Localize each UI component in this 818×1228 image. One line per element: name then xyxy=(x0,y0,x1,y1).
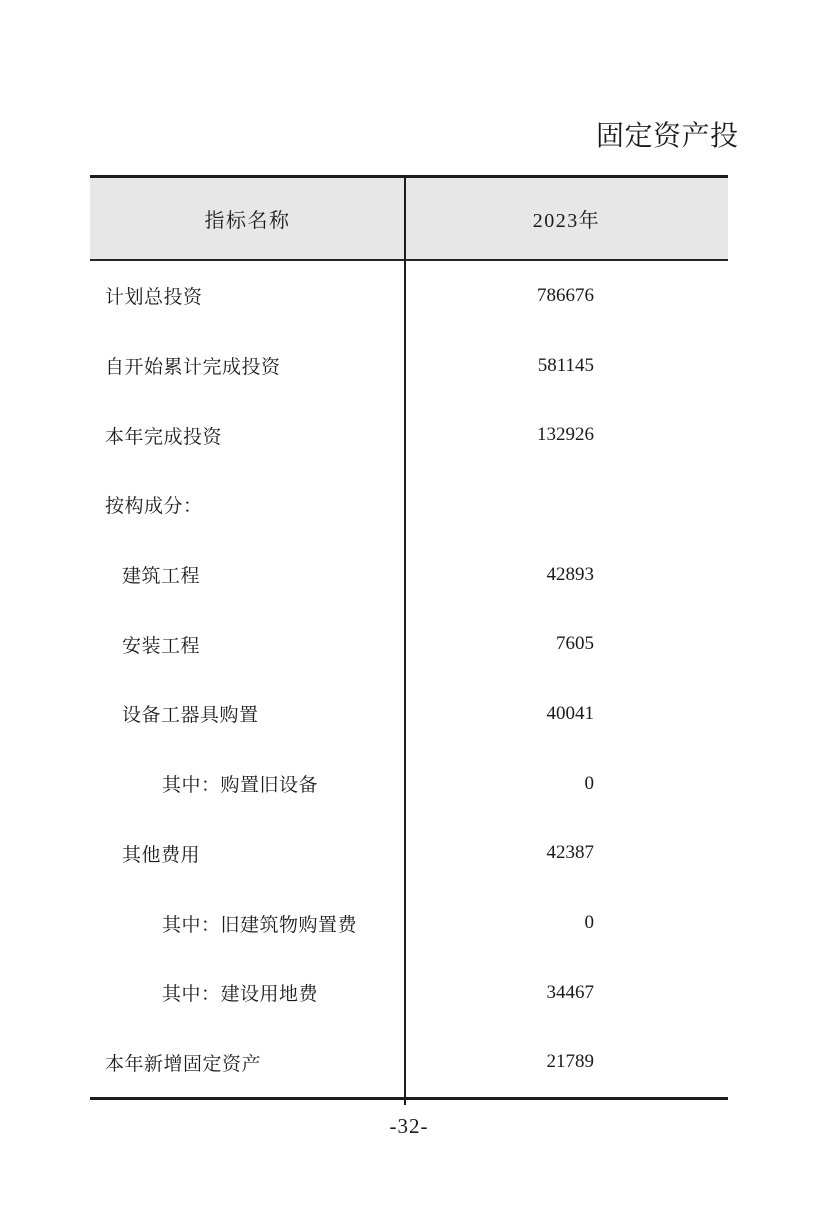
indicator-value: 581145 xyxy=(405,355,728,377)
indicator-label: 本年完成投资 xyxy=(90,422,405,449)
table-row: 设备工器具购置 40041 xyxy=(90,679,728,749)
indicator-label: 自开始累计完成投资 xyxy=(90,352,405,379)
table-row: 本年完成投资 132926 xyxy=(90,400,728,470)
table-header-row: 指标名称 2023年 xyxy=(90,178,728,261)
indicator-value: 7605 xyxy=(405,633,728,655)
indicator-value: 21789 xyxy=(405,1051,728,1073)
page-title: 固定资产投 xyxy=(596,114,739,154)
indicator-value: 34467 xyxy=(405,982,728,1004)
column-header-indicator-name: 指标名称 xyxy=(90,178,405,259)
indicator-label: 按构成分： xyxy=(90,491,405,518)
column-divider-line xyxy=(404,175,406,1105)
fixed-asset-investment-table: 指标名称 2023年 计划总投资 786676 自开始累计完成投资 581145… xyxy=(90,175,728,1100)
table-row: 按构成分： xyxy=(90,470,728,540)
indicator-value: 42893 xyxy=(405,564,728,586)
indicator-value: 42387 xyxy=(405,842,728,864)
table-row: 其中：旧建筑物购置费 0 xyxy=(90,888,728,958)
indicator-label: 本年新增固定资产 xyxy=(90,1049,405,1076)
column-header-year-2023: 2023年 xyxy=(405,178,728,259)
table-row: 本年新增固定资产 21789 xyxy=(90,1028,728,1098)
page-number: -32- xyxy=(0,1114,818,1139)
indicator-label: 其他费用 xyxy=(90,840,405,867)
table-row: 自开始累计完成投资 581145 xyxy=(90,331,728,401)
indicator-value: 132926 xyxy=(405,424,728,446)
table-row: 安装工程 7605 xyxy=(90,609,728,679)
indicator-value: 0 xyxy=(405,773,728,795)
indicator-value: 786676 xyxy=(405,285,728,307)
indicator-value: 40041 xyxy=(405,703,728,725)
indicator-label: 其中：购置旧设备 xyxy=(90,770,405,797)
table-row: 计划总投资 786676 xyxy=(90,261,728,331)
indicator-value: 0 xyxy=(405,912,728,934)
indicator-label: 设备工器具购置 xyxy=(90,700,405,727)
table-row: 其中：建设用地费 34467 xyxy=(90,958,728,1028)
indicator-label: 其中：旧建筑物购置费 xyxy=(90,910,405,937)
table-row: 建筑工程 42893 xyxy=(90,540,728,610)
indicator-label: 安装工程 xyxy=(90,631,405,658)
table-body: 计划总投资 786676 自开始累计完成投资 581145 本年完成投资 132… xyxy=(90,261,728,1097)
indicator-label: 计划总投资 xyxy=(90,282,405,309)
table-row: 其中：购置旧设备 0 xyxy=(90,749,728,819)
indicator-label: 其中：建设用地费 xyxy=(90,979,405,1006)
indicator-label: 建筑工程 xyxy=(90,561,405,588)
table-row: 其他费用 42387 xyxy=(90,819,728,889)
